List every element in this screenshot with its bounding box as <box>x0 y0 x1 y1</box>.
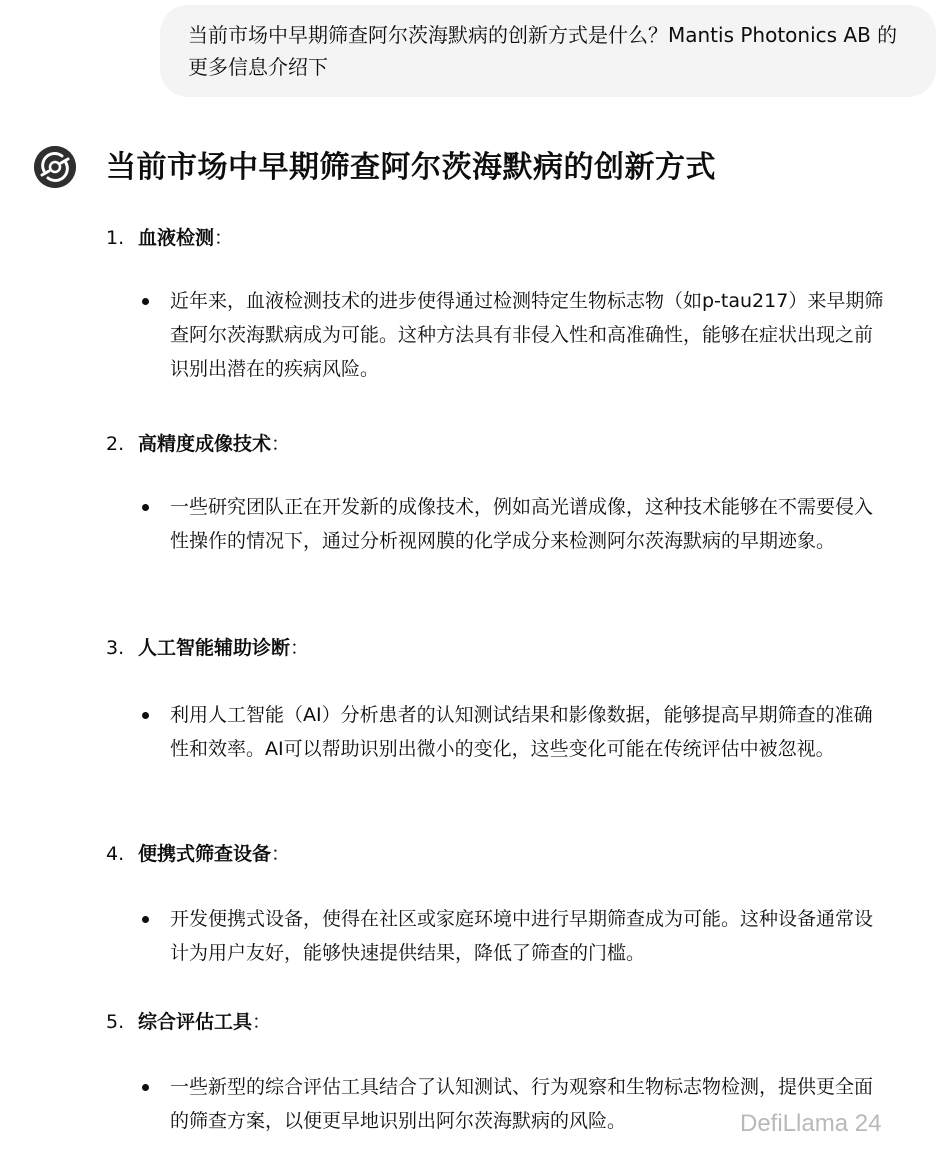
bullet-text: 利用人工智能（AI）分析患者的认知测试结果和影像数据，能够提高早期筛查的准确性和… <box>170 698 890 766</box>
section-colon: ： <box>271 843 290 865</box>
watermark-text: DefiLlama 24 <box>740 1110 881 1137</box>
section-number: 3. <box>106 634 138 662</box>
bullet-text: 一些研究团队正在开发新的成像技术，例如高光谱成像，这种技术能够在不需要侵入性操作… <box>170 490 890 558</box>
section-label: 人工智能辅助诊断 <box>138 637 290 659</box>
section-label: 血液检测 <box>138 227 214 249</box>
bullet-item-4: 开发便携式设备，使得在社区或家庭环境中进行早期筛查成为可能。这种设备通常设计为用… <box>142 902 890 974</box>
bullet-dot-icon <box>142 504 149 511</box>
bullet-text: 近年来，血液检测技术的进步使得通过检测特定生物标志物（如p-tau217）来早期… <box>170 284 890 386</box>
section-colon: ： <box>271 433 290 455</box>
section-colon: ： <box>252 1011 271 1033</box>
section-heading-4: 4.便携式筛查设备： <box>106 840 290 868</box>
section-label: 便携式筛查设备 <box>138 843 271 865</box>
bullet-dot-icon <box>142 712 149 719</box>
bullet-item-2: 一些研究团队正在开发新的成像技术，例如高光谱成像，这种技术能够在不需要侵入性操作… <box>142 490 890 598</box>
assistant-logo-icon <box>34 146 76 188</box>
section-heading-3: 3.人工智能辅助诊断： <box>106 634 309 662</box>
section-label: 综合评估工具 <box>138 1011 252 1033</box>
section-colon: ： <box>214 227 233 249</box>
bullet-item-3: 利用人工智能（AI）分析患者的认知测试结果和影像数据，能够提高早期筛查的准确性和… <box>142 698 890 806</box>
answer-title: 当前市场中早期筛查阿尔茨海默病的创新方式 <box>106 146 716 190</box>
section-label: 高精度成像技术 <box>138 433 271 455</box>
section-heading-2: 2.高精度成像技术： <box>106 430 290 458</box>
bullet-dot-icon <box>142 1084 149 1091</box>
section-heading-5: 5.综合评估工具： <box>106 1008 271 1036</box>
bullet-item-1: 近年来，血液检测技术的进步使得通过检测特定生物标志物（如p-tau217）来早期… <box>142 284 890 392</box>
watermark: DefiLlama 24 <box>740 1110 881 1138</box>
section-number: 5. <box>106 1008 138 1036</box>
user-message-bubble: 当前市场中早期筛查阿尔茨海默病的创新方式是什么？Mantis Photonics… <box>160 5 936 97</box>
section-heading-1: 1.血液检测： <box>106 224 233 252</box>
section-number: 4. <box>106 840 138 868</box>
section-colon: ： <box>290 637 309 659</box>
user-message-text: 当前市场中早期筛查阿尔茨海默病的创新方式是什么？Mantis Photonics… <box>188 23 897 79</box>
section-number: 2. <box>106 430 138 458</box>
section-number: 1. <box>106 224 138 252</box>
bullet-dot-icon <box>142 298 149 305</box>
bullet-dot-icon <box>142 916 149 923</box>
bullet-text: 开发便携式设备，使得在社区或家庭环境中进行早期筛查成为可能。这种设备通常设计为用… <box>170 902 890 970</box>
